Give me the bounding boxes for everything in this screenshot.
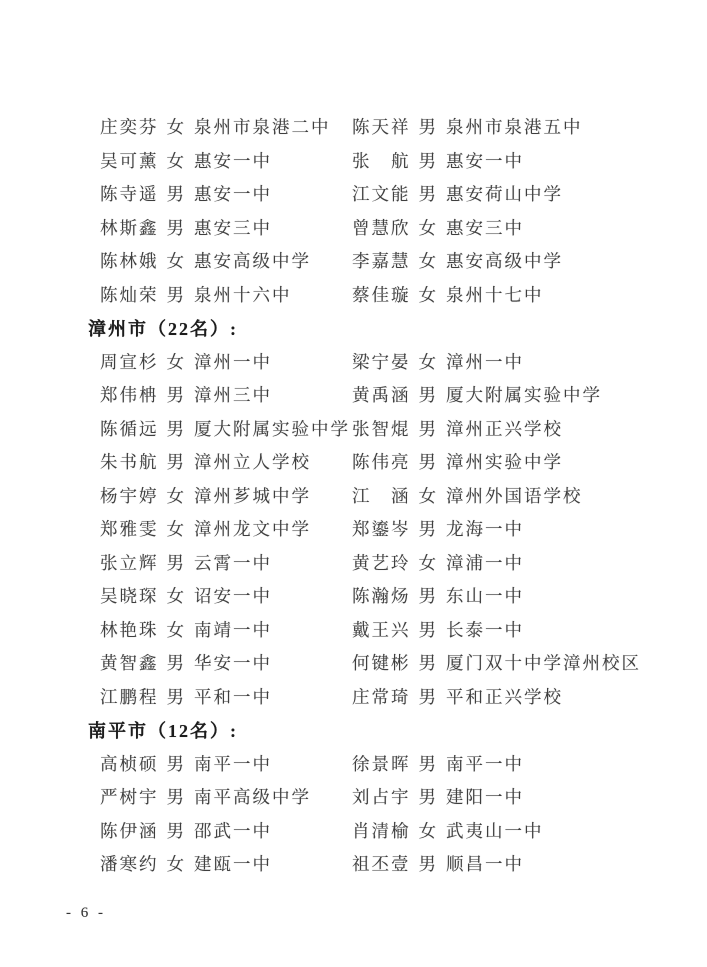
student-cell-right: 梁宁晏女漳州一中 <box>352 349 670 374</box>
student-entry: 陈伟亮男漳州实验中学 <box>352 449 670 474</box>
student-cell-right: 郑鎏岑男龙海一中 <box>352 516 670 541</box>
student-cell-right: 张智焜男漳州正兴学校 <box>352 416 670 441</box>
student-gender: 男 <box>167 818 187 843</box>
student-name: 张智焜 <box>352 416 411 441</box>
student-school: 漳浦一中 <box>446 550 524 575</box>
student-name: 陈寺遥 <box>100 181 159 206</box>
student-name: 郑鎏岑 <box>352 516 411 541</box>
student-entry: 张 航男惠安一中 <box>352 148 670 173</box>
student-name: 陈瀚炀 <box>352 583 411 608</box>
table-row: 吴晓琛女诏安一中陈瀚炀男东山一中 <box>100 579 670 613</box>
table-row: 陈伊涵男邵武一中肖清榆女武夷山一中 <box>100 814 670 848</box>
student-gender: 男 <box>167 684 187 709</box>
table-row: 朱书航男漳州立人学校陈伟亮男漳州实验中学 <box>100 445 670 479</box>
student-name: 庄常琦 <box>352 684 411 709</box>
student-cell-left: 郑伟柟男漳州三中 <box>100 382 352 407</box>
student-row: 吴晓琛女诏安一中陈瀚炀男东山一中 <box>100 583 670 608</box>
table-row: 吴可薰女惠安一中张 航男惠安一中 <box>100 144 670 178</box>
student-school: 惠安一中 <box>194 181 272 206</box>
student-entry: 朱书航男漳州立人学校 <box>100 449 352 474</box>
student-school: 厦门双十中学漳州校区 <box>446 650 641 675</box>
student-school: 顺昌一中 <box>446 851 524 876</box>
student-cell-right: 李嘉慧女惠安高级中学 <box>352 248 670 273</box>
student-school: 长泰一中 <box>446 617 524 642</box>
student-cell-right: 黄禹涵男厦大附属实验中学 <box>352 382 670 407</box>
student-cell-right: 徐景晖男南平一中 <box>352 751 670 776</box>
student-gender: 女 <box>419 282 439 307</box>
student-cell-right: 祖丕壹男顺昌一中 <box>352 851 670 876</box>
student-row: 陈灿荣男泉州十六中蔡佳璇女泉州十七中 <box>100 282 670 307</box>
student-name: 郑伟柟 <box>100 382 159 407</box>
student-entry: 梁宁晏女漳州一中 <box>352 349 670 374</box>
student-gender: 男 <box>167 650 187 675</box>
student-name: 张 航 <box>352 148 411 173</box>
student-gender: 女 <box>167 617 187 642</box>
student-row: 张立辉男云霄一中黄艺玲女漳浦一中 <box>100 550 670 575</box>
student-name: 何键彬 <box>352 650 411 675</box>
student-row: 吴可薰女惠安一中张 航男惠安一中 <box>100 148 670 173</box>
student-entry: 郑伟柟男漳州三中 <box>100 382 352 407</box>
student-gender: 女 <box>419 349 439 374</box>
student-cell-right: 何键彬男厦门双十中学漳州校区 <box>352 650 670 675</box>
student-name: 吴可薰 <box>100 148 159 173</box>
student-gender: 女 <box>167 516 187 541</box>
student-gender: 男 <box>419 583 439 608</box>
student-entry: 严树宇男南平高级中学 <box>100 784 352 809</box>
student-school: 东山一中 <box>446 583 524 608</box>
student-entry: 刘占宇男建阳一中 <box>352 784 670 809</box>
student-entry: 徐景晖男南平一中 <box>352 751 670 776</box>
student-entry: 李嘉慧女惠安高级中学 <box>352 248 670 273</box>
student-school: 惠安荷山中学 <box>446 181 563 206</box>
student-entry: 庄奕芬女泉州市泉港二中 <box>100 114 352 139</box>
student-cell-left: 潘寒约女建瓯一中 <box>100 851 352 876</box>
student-list: 庄奕芬女泉州市泉港二中陈天祥男泉州市泉港五中吴可薰女惠安一中张 航男惠安一中陈寺… <box>100 110 670 881</box>
student-entry: 郑鎏岑男龙海一中 <box>352 516 670 541</box>
page-number: - 6 - <box>66 905 106 922</box>
student-name: 吴晓琛 <box>100 583 159 608</box>
student-cell-right: 黄艺玲女漳浦一中 <box>352 550 670 575</box>
table-row: 郑伟柟男漳州三中黄禹涵男厦大附属实验中学 <box>100 378 670 412</box>
student-name: 庄奕芬 <box>100 114 159 139</box>
student-name: 陈伟亮 <box>352 449 411 474</box>
student-gender: 男 <box>419 617 439 642</box>
student-school: 南靖一中 <box>194 617 272 642</box>
student-school: 厦大附属实验中学 <box>446 382 602 407</box>
student-cell-left: 吴晓琛女诏安一中 <box>100 583 352 608</box>
student-name: 曾慧欣 <box>352 215 411 240</box>
student-school: 惠安一中 <box>446 148 524 173</box>
student-gender: 男 <box>167 181 187 206</box>
student-entry: 周宣杉女漳州一中 <box>100 349 352 374</box>
student-row: 黄智鑫男华安一中何键彬男厦门双十中学漳州校区 <box>100 650 670 675</box>
student-school: 泉州十七中 <box>446 282 544 307</box>
table-row: 林斯鑫男惠安三中曾慧欣女惠安三中 <box>100 211 670 245</box>
student-school: 平和一中 <box>194 684 272 709</box>
student-cell-right: 戴王兴男长泰一中 <box>352 617 670 642</box>
student-name: 陈循远 <box>100 416 159 441</box>
student-name: 江鹏程 <box>100 684 159 709</box>
student-row: 严树宇男南平高级中学刘占宇男建阳一中 <box>100 784 670 809</box>
student-gender: 男 <box>419 851 439 876</box>
student-name: 江文能 <box>352 181 411 206</box>
student-row: 周宣杉女漳州一中梁宁晏女漳州一中 <box>100 349 670 374</box>
student-cell-right: 肖清榆女武夷山一中 <box>352 818 670 843</box>
student-gender: 女 <box>419 483 439 508</box>
student-school: 漳州立人学校 <box>194 449 311 474</box>
student-cell-left: 陈林娥女惠安高级中学 <box>100 248 352 273</box>
student-entry: 黄禹涵男厦大附属实验中学 <box>352 382 670 407</box>
student-cell-right: 曾慧欣女惠安三中 <box>352 215 670 240</box>
student-name: 黄禹涵 <box>352 382 411 407</box>
student-name: 张立辉 <box>100 550 159 575</box>
student-entry: 何键彬男厦门双十中学漳州校区 <box>352 650 670 675</box>
student-row: 庄奕芬女泉州市泉港二中陈天祥男泉州市泉港五中 <box>100 114 670 139</box>
student-name: 陈天祥 <box>352 114 411 139</box>
student-cell-left: 陈伊涵男邵武一中 <box>100 818 352 843</box>
student-row: 杨宇婷女漳州芗城中学江 涵女漳州外国语学校 <box>100 483 670 508</box>
student-cell-left: 杨宇婷女漳州芗城中学 <box>100 483 352 508</box>
student-school: 云霄一中 <box>194 550 272 575</box>
student-school: 漳州三中 <box>194 382 272 407</box>
student-entry: 林斯鑫男惠安三中 <box>100 215 352 240</box>
student-gender: 女 <box>167 483 187 508</box>
student-cell-right: 刘占宇男建阳一中 <box>352 784 670 809</box>
student-gender: 女 <box>167 583 187 608</box>
student-row: 陈寺遥男惠安一中江文能男惠安荷山中学 <box>100 181 670 206</box>
student-row: 陈循远男厦大附属实验中学张智焜男漳州正兴学校 <box>100 416 670 441</box>
student-row: 林艳珠女南靖一中戴王兴男长泰一中 <box>100 617 670 642</box>
student-cell-left: 吴可薰女惠安一中 <box>100 148 352 173</box>
table-row: 潘寒约女建瓯一中祖丕壹男顺昌一中 <box>100 847 670 881</box>
student-entry: 陈寺遥男惠安一中 <box>100 181 352 206</box>
student-name: 黄智鑫 <box>100 650 159 675</box>
student-gender: 男 <box>419 382 439 407</box>
student-cell-right: 陈瀚炀男东山一中 <box>352 583 670 608</box>
student-gender: 男 <box>419 114 439 139</box>
student-row: 陈伊涵男邵武一中肖清榆女武夷山一中 <box>100 818 670 843</box>
table-row: 陈循远男厦大附属实验中学张智焜男漳州正兴学校 <box>100 412 670 446</box>
student-name: 朱书航 <box>100 449 159 474</box>
student-cell-left: 陈循远男厦大附属实验中学 <box>100 416 352 441</box>
student-cell-right: 庄常琦男平和正兴学校 <box>352 684 670 709</box>
student-cell-right: 陈伟亮男漳州实验中学 <box>352 449 670 474</box>
student-school: 建瓯一中 <box>194 851 272 876</box>
student-gender: 女 <box>167 114 187 139</box>
student-gender: 男 <box>167 215 187 240</box>
student-gender: 男 <box>419 751 439 776</box>
student-cell-right: 江文能男惠安荷山中学 <box>352 181 670 206</box>
student-school: 漳州一中 <box>446 349 524 374</box>
section-header-line: 南平市（12名）: <box>100 713 670 747</box>
student-gender: 男 <box>167 416 187 441</box>
student-entry: 黄艺玲女漳浦一中 <box>352 550 670 575</box>
student-cell-left: 朱书航男漳州立人学校 <box>100 449 352 474</box>
student-name: 梁宁晏 <box>352 349 411 374</box>
student-entry: 戴王兴男长泰一中 <box>352 617 670 642</box>
table-row: 陈林娥女惠安高级中学李嘉慧女惠安高级中学 <box>100 244 670 278</box>
student-cell-left: 严树宇男南平高级中学 <box>100 784 352 809</box>
student-gender: 女 <box>419 818 439 843</box>
student-name: 黄艺玲 <box>352 550 411 575</box>
table-row: 陈寺遥男惠安一中江文能男惠安荷山中学 <box>100 177 670 211</box>
student-entry: 高桢硕男南平一中 <box>100 751 352 776</box>
student-school: 南平高级中学 <box>194 784 311 809</box>
student-gender: 男 <box>419 650 439 675</box>
student-gender: 男 <box>167 282 187 307</box>
section-header-line: 漳州市（22名）: <box>100 311 670 345</box>
student-entry: 林艳珠女南靖一中 <box>100 617 352 642</box>
student-entry: 张立辉男云霄一中 <box>100 550 352 575</box>
student-gender: 男 <box>167 382 187 407</box>
student-name: 戴王兴 <box>352 617 411 642</box>
student-school: 龙海一中 <box>446 516 524 541</box>
student-gender: 男 <box>419 684 439 709</box>
student-name: 李嘉慧 <box>352 248 411 273</box>
student-name: 郑雅雯 <box>100 516 159 541</box>
student-entry: 陈灿荣男泉州十六中 <box>100 282 352 307</box>
student-cell-left: 郑雅雯女漳州龙文中学 <box>100 516 352 541</box>
student-entry: 江鹏程男平和一中 <box>100 684 352 709</box>
student-cell-left: 庄奕芬女泉州市泉港二中 <box>100 114 352 139</box>
document-page: 庄奕芬女泉州市泉港二中陈天祥男泉州市泉港五中吴可薰女惠安一中张 航男惠安一中陈寺… <box>0 0 707 967</box>
student-gender: 女 <box>419 248 439 273</box>
student-gender: 女 <box>167 148 187 173</box>
student-entry: 肖清榆女武夷山一中 <box>352 818 670 843</box>
student-school: 诏安一中 <box>194 583 272 608</box>
student-school: 泉州市泉港五中 <box>446 114 583 139</box>
student-school: 漳州实验中学 <box>446 449 563 474</box>
student-school: 泉州十六中 <box>194 282 292 307</box>
student-entry: 吴晓琛女诏安一中 <box>100 583 352 608</box>
student-entry: 吴可薰女惠安一中 <box>100 148 352 173</box>
student-school: 惠安三中 <box>194 215 272 240</box>
student-gender: 女 <box>167 349 187 374</box>
student-cell-right: 陈天祥男泉州市泉港五中 <box>352 114 670 139</box>
table-row: 黄智鑫男华安一中何键彬男厦门双十中学漳州校区 <box>100 646 670 680</box>
student-gender: 男 <box>419 416 439 441</box>
student-gender: 男 <box>419 784 439 809</box>
student-gender: 男 <box>167 550 187 575</box>
student-entry: 蔡佳璇女泉州十七中 <box>352 282 670 307</box>
student-cell-left: 林艳珠女南靖一中 <box>100 617 352 642</box>
student-school: 漳州一中 <box>194 349 272 374</box>
student-entry: 陈瀚炀男东山一中 <box>352 583 670 608</box>
student-entry: 陈天祥男泉州市泉港五中 <box>352 114 670 139</box>
student-gender: 男 <box>167 449 187 474</box>
table-row: 周宣杉女漳州一中梁宁晏女漳州一中 <box>100 345 670 379</box>
student-gender: 女 <box>419 215 439 240</box>
student-entry: 江 涵女漳州外国语学校 <box>352 483 670 508</box>
student-row: 郑雅雯女漳州龙文中学郑鎏岑男龙海一中 <box>100 516 670 541</box>
student-gender: 男 <box>419 148 439 173</box>
student-cell-right: 张 航男惠安一中 <box>352 148 670 173</box>
student-entry: 庄常琦男平和正兴学校 <box>352 684 670 709</box>
table-row: 林艳珠女南靖一中戴王兴男长泰一中 <box>100 613 670 647</box>
student-school: 泉州市泉港二中 <box>194 114 331 139</box>
student-entry: 陈循远男厦大附属实验中学 <box>100 416 352 441</box>
student-school: 华安一中 <box>194 650 272 675</box>
student-school: 平和正兴学校 <box>446 684 563 709</box>
student-school: 武夷山一中 <box>446 818 544 843</box>
student-gender: 女 <box>419 550 439 575</box>
student-gender: 男 <box>419 181 439 206</box>
student-gender: 男 <box>419 449 439 474</box>
student-row: 陈林娥女惠安高级中学李嘉慧女惠安高级中学 <box>100 248 670 273</box>
student-entry: 杨宇婷女漳州芗城中学 <box>100 483 352 508</box>
student-school: 南平一中 <box>194 751 272 776</box>
student-row: 林斯鑫男惠安三中曾慧欣女惠安三中 <box>100 215 670 240</box>
student-school: 漳州正兴学校 <box>446 416 563 441</box>
student-entry: 江文能男惠安荷山中学 <box>352 181 670 206</box>
student-gender: 男 <box>419 516 439 541</box>
student-name: 杨宇婷 <box>100 483 159 508</box>
student-cell-left: 江鹏程男平和一中 <box>100 684 352 709</box>
table-row: 江鹏程男平和一中庄常琦男平和正兴学校 <box>100 680 670 714</box>
student-gender: 男 <box>167 784 187 809</box>
student-cell-left: 林斯鑫男惠安三中 <box>100 215 352 240</box>
student-name: 蔡佳璇 <box>352 282 411 307</box>
student-cell-left: 周宣杉女漳州一中 <box>100 349 352 374</box>
student-school: 漳州芗城中学 <box>194 483 311 508</box>
student-cell-left: 张立辉男云霄一中 <box>100 550 352 575</box>
student-name: 陈林娥 <box>100 248 159 273</box>
table-row: 郑雅雯女漳州龙文中学郑鎏岑男龙海一中 <box>100 512 670 546</box>
student-school: 邵武一中 <box>194 818 272 843</box>
student-school: 惠安三中 <box>446 215 524 240</box>
student-name: 陈灿荣 <box>100 282 159 307</box>
student-name: 林艳珠 <box>100 617 159 642</box>
student-row: 朱书航男漳州立人学校陈伟亮男漳州实验中学 <box>100 449 670 474</box>
student-cell-left: 高桢硕男南平一中 <box>100 751 352 776</box>
table-row: 张立辉男云霄一中黄艺玲女漳浦一中 <box>100 546 670 580</box>
student-entry: 张智焜男漳州正兴学校 <box>352 416 670 441</box>
student-entry: 陈伊涵男邵武一中 <box>100 818 352 843</box>
student-row: 潘寒约女建瓯一中祖丕壹男顺昌一中 <box>100 851 670 876</box>
student-entry: 郑雅雯女漳州龙文中学 <box>100 516 352 541</box>
student-cell-right: 蔡佳璇女泉州十七中 <box>352 282 670 307</box>
table-row: 陈灿荣男泉州十六中蔡佳璇女泉州十七中 <box>100 278 670 312</box>
student-cell-left: 陈灿荣男泉州十六中 <box>100 282 352 307</box>
student-school: 厦大附属实验中学 <box>194 416 350 441</box>
student-entry: 曾慧欣女惠安三中 <box>352 215 670 240</box>
student-name: 林斯鑫 <box>100 215 159 240</box>
student-entry: 黄智鑫男华安一中 <box>100 650 352 675</box>
student-name: 徐景晖 <box>352 751 411 776</box>
student-row: 江鹏程男平和一中庄常琦男平和正兴学校 <box>100 684 670 709</box>
table-row: 杨宇婷女漳州芗城中学江 涵女漳州外国语学校 <box>100 479 670 513</box>
student-school: 惠安高级中学 <box>446 248 563 273</box>
student-school: 惠安一中 <box>194 148 272 173</box>
section-header: 南平市（12名）: <box>88 717 238 743</box>
student-entry: 潘寒约女建瓯一中 <box>100 851 352 876</box>
student-school: 漳州龙文中学 <box>194 516 311 541</box>
student-school: 南平一中 <box>446 751 524 776</box>
student-name: 陈伊涵 <box>100 818 159 843</box>
student-name: 肖清榆 <box>352 818 411 843</box>
table-row: 庄奕芬女泉州市泉港二中陈天祥男泉州市泉港五中 <box>100 110 670 144</box>
student-entry: 祖丕壹男顺昌一中 <box>352 851 670 876</box>
student-school: 漳州外国语学校 <box>446 483 583 508</box>
student-school: 惠安高级中学 <box>194 248 311 273</box>
student-cell-left: 黄智鑫男华安一中 <box>100 650 352 675</box>
student-name: 潘寒约 <box>100 851 159 876</box>
student-school: 建阳一中 <box>446 784 524 809</box>
student-row: 郑伟柟男漳州三中黄禹涵男厦大附属实验中学 <box>100 382 670 407</box>
student-cell-right: 江 涵女漳州外国语学校 <box>352 483 670 508</box>
student-name: 刘占宇 <box>352 784 411 809</box>
student-row: 高桢硕男南平一中徐景晖男南平一中 <box>100 751 670 776</box>
table-row: 严树宇男南平高级中学刘占宇男建阳一中 <box>100 780 670 814</box>
section-header: 漳州市（22名）: <box>88 315 238 341</box>
student-name: 祖丕壹 <box>352 851 411 876</box>
student-gender: 女 <box>167 851 187 876</box>
student-cell-left: 陈寺遥男惠安一中 <box>100 181 352 206</box>
student-name: 严树宇 <box>100 784 159 809</box>
student-gender: 女 <box>167 248 187 273</box>
student-name: 周宣杉 <box>100 349 159 374</box>
table-row: 高桢硕男南平一中徐景晖男南平一中 <box>100 747 670 781</box>
student-name: 江 涵 <box>352 483 411 508</box>
student-entry: 陈林娥女惠安高级中学 <box>100 248 352 273</box>
student-name: 高桢硕 <box>100 751 159 776</box>
student-gender: 男 <box>167 751 187 776</box>
